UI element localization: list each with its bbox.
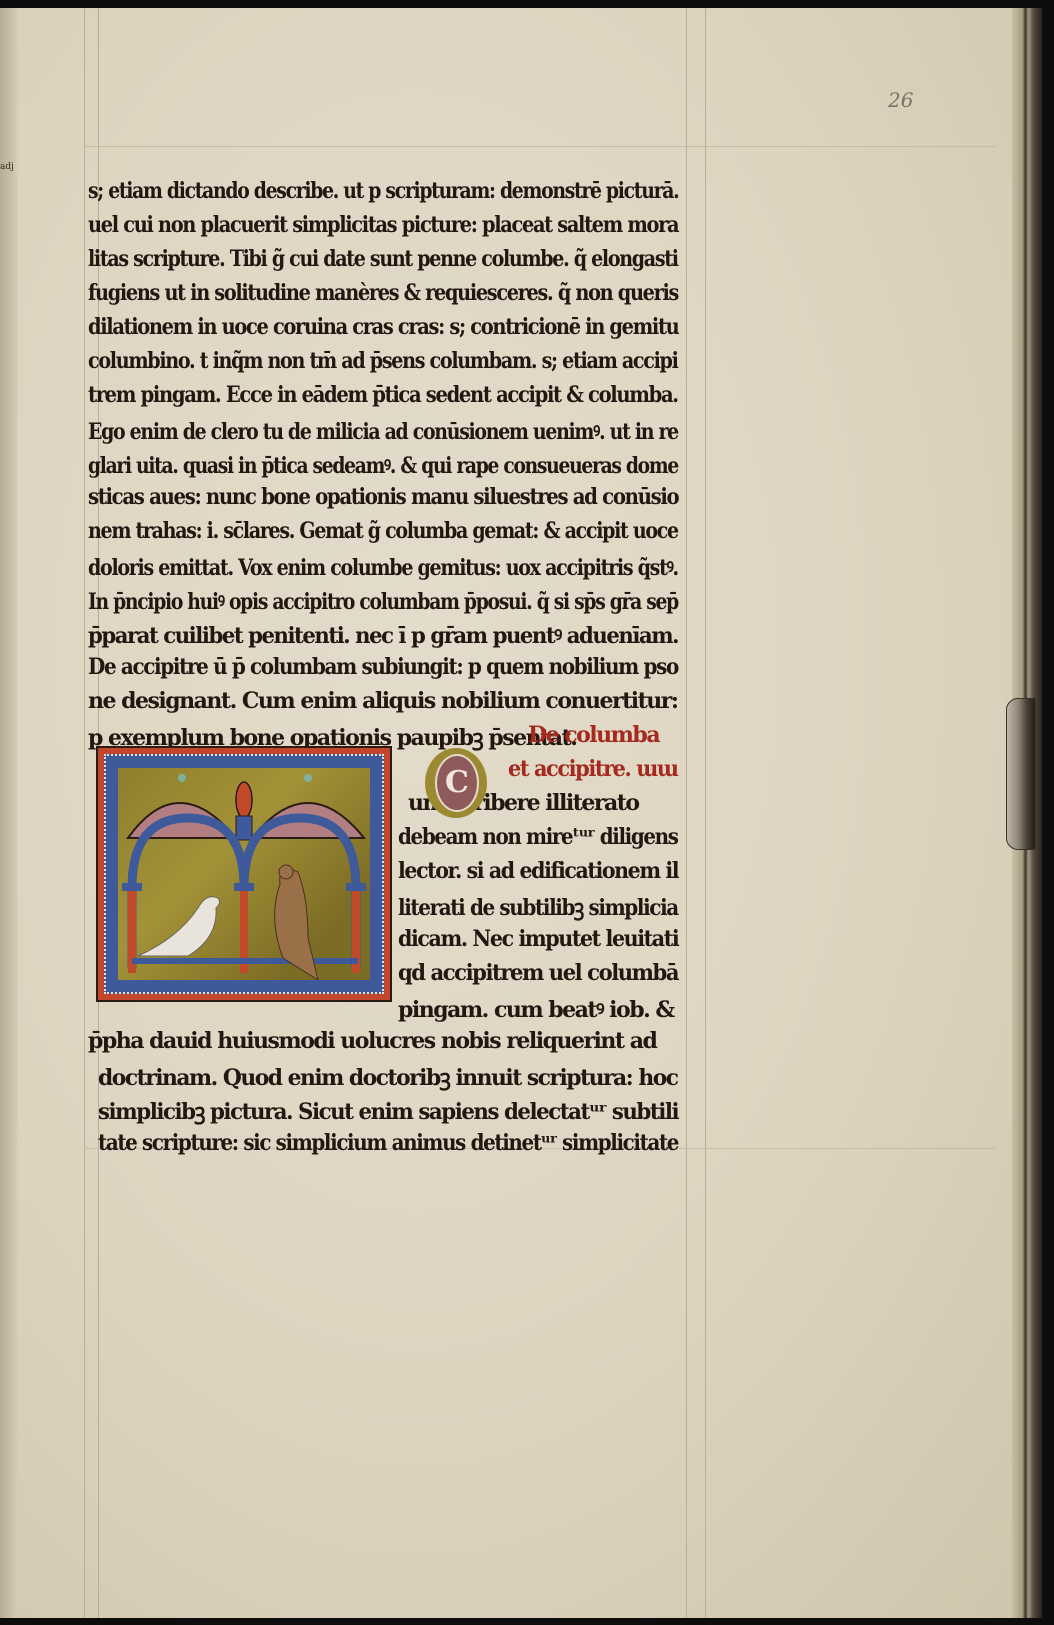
text-line: p̄parat cuilibet penitenti. nec ī p gr̄a… — [88, 620, 678, 650]
text-line: trem pingam. Ecce in eādem p̄tica sedent… — [88, 382, 678, 408]
text-line: simplicibꝫ pictura. Sicut enim sapiens d… — [98, 1096, 678, 1126]
text-line: doloris emittat. Vox enim columbe gemitu… — [88, 552, 678, 582]
ruling-line-vertical-right — [705, 8, 706, 1618]
text-line-beside: debeam non mireᵗᵘʳ diligens — [398, 824, 678, 850]
text-line-beside: qd accipitrem uel columbā — [398, 960, 678, 986]
text-line: doctrinam. Quod enim doctoribꝫ innuit sc… — [98, 1062, 678, 1092]
text-line-beside: lector. si ad edificationem il — [398, 858, 678, 884]
text-line: In p̄ncipio huiꝰ opis accipitro columbam… — [88, 586, 678, 616]
rubric-heading-cont: et accipitre. ɯɯ — [508, 756, 678, 782]
ruling-line-vertical-mid — [686, 8, 687, 1618]
text-line: litas scripture. Tibi g̃ cui date sunt p… — [88, 246, 678, 272]
text-line: sticas aues: nunc bone opationis manu si… — [88, 484, 678, 510]
text-line: p̄pha dauid huiusmodi uolucres nobis rel… — [88, 1028, 656, 1054]
text-line: Ego enim de clero tu de milicia ad conūs… — [88, 416, 678, 446]
text-line: ne designant. Cum enim aliquis nobilium … — [88, 688, 677, 714]
binding-clasp — [1006, 698, 1036, 850]
text-line: nem trahas: i. sc̄lares. Gemat g̃ columb… — [88, 518, 678, 544]
miniature-dove-hawk — [96, 746, 392, 1002]
text-line: dilationem in uoce coruina cras cras: s;… — [88, 314, 678, 340]
text-line-beside: literati de subtilibꝫ simplicia — [398, 892, 678, 922]
text-line: glari uita. quasi in p̄tica sedeamꝰ. & q… — [88, 450, 678, 480]
decorated-initial-c: C — [425, 748, 487, 818]
adjacent-folio-text: adjacent folio text (partially visible) — [0, 158, 14, 1208]
text-line: tate scripture: sic simplicium animus de… — [98, 1130, 678, 1156]
manuscript-page: adjacent folio text (partially visible) … — [0, 8, 1042, 1618]
rubric-heading: De columba — [528, 722, 659, 748]
gold-ground — [118, 768, 370, 980]
ruling-line-vertical-left — [84, 8, 85, 1618]
text-line-beside: pingam. cum beatꝰ iob. & — [398, 994, 674, 1024]
text-line: De accipitre ū p̄ columbam subiungit: p … — [88, 654, 678, 680]
text-line: s; etiam dictando describe. ut p scriptu… — [88, 178, 678, 204]
initial-ornament: C — [435, 754, 479, 812]
arches-and-birds-illustration — [118, 768, 370, 980]
text-line: columbino. t inq̃m non tm̄ ad p̄sens col… — [88, 348, 678, 374]
text-line: uel cui non placuerit simplicitas pictur… — [88, 212, 678, 238]
text-line-beside: dicam. Nec imputet leuitati — [398, 926, 678, 952]
ruling-line-horizontal-top — [84, 146, 996, 147]
text-line: fugiens ut in solitudine manères & requi… — [88, 280, 678, 306]
gutter: adjacent folio text (partially visible) — [0, 8, 18, 1618]
folio-number: 26 — [888, 88, 913, 112]
